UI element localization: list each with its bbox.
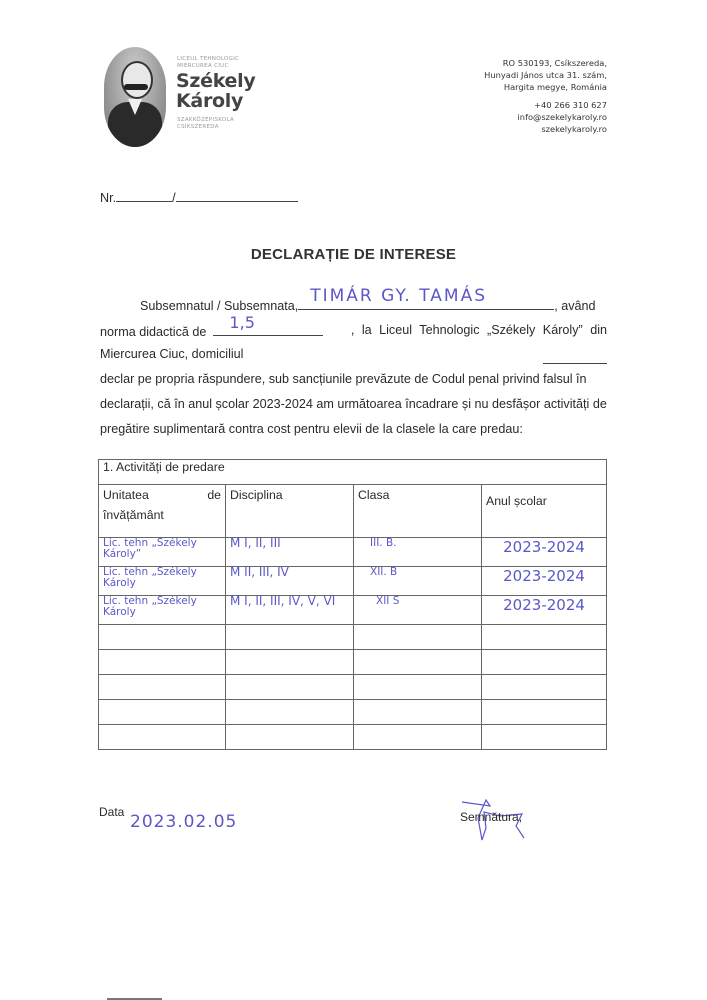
declaration-line-1: declar pe propria răspundere, sub sancți… <box>100 372 607 386</box>
logo-name-line2: Károly <box>176 91 243 111</box>
discipline-cell[interactable] <box>226 625 354 650</box>
discipline-cell[interactable] <box>226 700 354 725</box>
unit-cell[interactable] <box>99 675 226 700</box>
declaration-line-3: pregătire suplimentară contra cost pentr… <box>100 422 607 436</box>
header-school-year: Anul școlar <box>482 485 607 538</box>
address-line: RO 530193, Csíkszereda, <box>484 57 607 69</box>
table-row-empty <box>99 725 607 750</box>
name-value: TIMÁR GY. TAMÁS <box>310 286 487 306</box>
discipline-cell[interactable]: M I, II, III, IV, V, VI <box>226 596 354 625</box>
header-discipline: Disciplina <box>226 485 354 538</box>
discipline-cell[interactable] <box>226 725 354 750</box>
date-value[interactable]: 2023.02.05 <box>130 812 237 832</box>
phone-number: +40 266 310 627 <box>518 99 608 111</box>
norm-label: norma didactică de <box>100 325 206 339</box>
avand-label: , având <box>554 299 595 313</box>
class-cell[interactable] <box>354 725 482 750</box>
date-label: Data <box>99 805 124 819</box>
year-cell[interactable] <box>482 675 607 700</box>
unit-cell[interactable]: Lic. tehn „Székely Károly” <box>99 538 226 567</box>
registration-date-field[interactable] <box>176 189 298 202</box>
table-row-empty <box>99 700 607 725</box>
address-line: Hunyadi János utca 31. szám, <box>484 69 607 81</box>
year-cell[interactable] <box>482 650 607 675</box>
form-line-domicile: Miercurea Ciuc, domiciliul <box>100 347 607 361</box>
logo-line2: MIERCUREA CIUC <box>177 63 229 70</box>
class-cell[interactable] <box>354 650 482 675</box>
year-cell[interactable]: 2023-2024 <box>482 538 607 567</box>
document-title: DECLARAȚIE DE INTERESE <box>0 246 707 263</box>
header-unit-word1: Unitatea <box>103 485 149 505</box>
form-line-norm: norma didactică de 1,5 , la Liceul Tehno… <box>100 323 607 339</box>
school-contact: +40 266 310 627 info@szekelykaroly.ro sz… <box>518 99 608 135</box>
declaration-line-2: declarații, că în anul școlar 2023-2024 … <box>100 397 607 411</box>
year-cell[interactable] <box>482 700 607 725</box>
header-unit-word3: învățământ <box>103 505 221 525</box>
section-title: 1. Activități de predare <box>99 460 607 485</box>
logo-sub1: SZAKKÖZÉPISKOLA <box>177 117 234 124</box>
unit-cell[interactable] <box>99 700 226 725</box>
norm-label-group: norma didactică de 1,5 <box>100 323 323 339</box>
unit-cell[interactable] <box>99 650 226 675</box>
table-row-empty <box>99 675 607 700</box>
table-row: Lic. tehn „Székely Károly M II, III, IV … <box>99 567 607 596</box>
domicile-field[interactable] <box>543 351 607 364</box>
registration-number: Nr./ <box>100 189 298 205</box>
discipline-cell[interactable] <box>226 650 354 675</box>
class-cell[interactable] <box>354 700 482 725</box>
header-class: Clasa <box>354 485 482 538</box>
norm-value: 1,5 <box>229 313 254 332</box>
discipline-cell[interactable]: M I, II, III <box>226 538 354 567</box>
year-cell[interactable] <box>482 625 607 650</box>
school-address: RO 530193, Csíkszereda, Hunyadi János ut… <box>484 57 607 93</box>
year-cell[interactable]: 2023-2024 <box>482 596 607 625</box>
class-cell[interactable] <box>354 625 482 650</box>
table-row: Lic. tehn „Székely Károly” M I, II, III … <box>99 538 607 567</box>
teaching-activities-table: 1. Activități de predare Unitateade învă… <box>98 459 607 750</box>
address-line: Hargita megye, Románia <box>484 81 607 93</box>
founder-portrait <box>104 47 166 147</box>
form-line-name: Subsemnatul / Subsemnata,TIMÁR GY. TAMÁS… <box>100 297 607 313</box>
email-address: info@szekelykaroly.ro <box>518 111 608 123</box>
class-cell[interactable]: XII S <box>354 596 482 625</box>
year-cell[interactable]: 2023-2024 <box>482 567 607 596</box>
year-cell[interactable] <box>482 725 607 750</box>
logo-line1: LICEUL TEHNOLOGIC <box>177 56 239 63</box>
logo-name-line1: Székely <box>176 71 255 91</box>
unit-cell[interactable]: Lic. tehn „Székely Károly <box>99 567 226 596</box>
unit-cell[interactable] <box>99 625 226 650</box>
registration-label: Nr. <box>100 191 116 205</box>
unit-cell[interactable] <box>99 725 226 750</box>
name-field[interactable]: TIMÁR GY. TAMÁS <box>298 297 554 310</box>
class-cell[interactable]: XII. B <box>354 567 482 596</box>
domicile-label: Miercurea Ciuc, domiciliul <box>100 347 243 361</box>
header-unit-word2: de <box>207 485 221 505</box>
table-row: Lic. tehn „Székely Károly M I, II, III, … <box>99 596 607 625</box>
norm-field[interactable]: 1,5 <box>213 323 323 336</box>
school-reference: , la Liceul Tehnologic „Székely Károly” … <box>351 323 607 339</box>
logo-sub2: CSÍKSZEREDA <box>177 124 219 131</box>
signature-label: Semnătura, <box>460 810 522 824</box>
registration-number-field[interactable] <box>116 189 172 202</box>
table-row-empty <box>99 650 607 675</box>
discipline-cell[interactable]: M II, III, IV <box>226 567 354 596</box>
subsemnatul-label: Subsemnatul / Subsemnata, <box>140 299 298 313</box>
website: szekelykaroly.ro <box>518 123 608 135</box>
class-cell[interactable]: III. B. <box>354 538 482 567</box>
class-cell[interactable] <box>354 675 482 700</box>
table-row-empty <box>99 625 607 650</box>
header-unit: Unitateade învățământ <box>99 485 226 538</box>
discipline-cell[interactable] <box>226 675 354 700</box>
unit-cell[interactable]: Lic. tehn „Székely Károly <box>99 596 226 625</box>
